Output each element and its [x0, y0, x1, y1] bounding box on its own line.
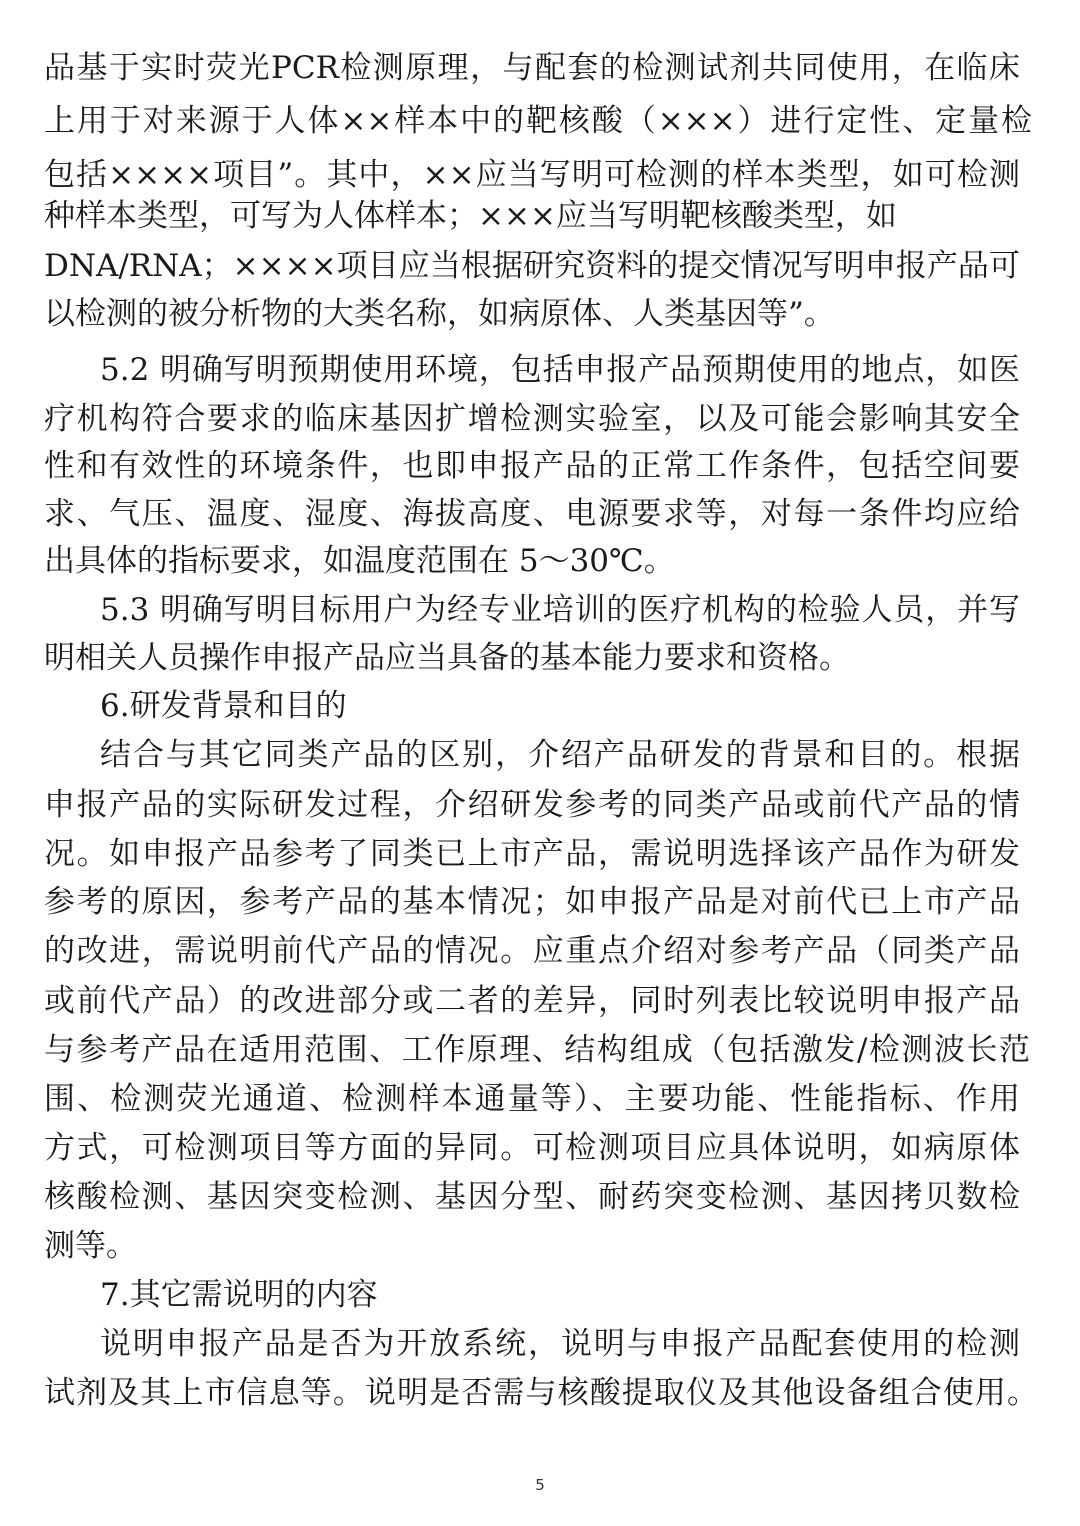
text-line: 上用于对来源于人体××样本中的靶核酸（×××）进行定性、定量检测，: [44, 101, 1032, 141]
text-line: 性和有效性的环境条件，也即申报产品的正常工作条件，包括空间要: [44, 446, 1020, 486]
text-line: 说明申报产品是否为开放系统，说明与申报产品配套使用的检测: [100, 1324, 1020, 1364]
section-5-2-line: 5.2 明确写明预期使用环境，包括申报产品预期使用的地点，如医: [100, 350, 1020, 390]
text-line: 核酸检测、基因突变检测、基因分型、耐药突变检测、基因拷贝数检: [44, 1177, 1020, 1217]
text-line: 出具体的指标要求，如温度范围在 5～30℃。: [44, 541, 675, 581]
text-line: 况。如申报产品参考了同类已上市产品，需说明选择该产品作为研发: [44, 834, 1020, 874]
text-line: DNA/RNA；××××项目应当根据研究资料的提交情况写明申报产品可: [44, 246, 1020, 286]
section-5-3-line: 5.3 明确写明目标用户为经专业培训的医疗机构的检验人员，并写: [100, 590, 1020, 630]
text-line: 的改进，需说明前代产品的情况。应重点介绍对参考产品（同类产品: [44, 931, 1020, 971]
text-line: 围、检测荧光通道、检测样本通量等）、主要功能、性能指标、作用: [44, 1079, 1020, 1119]
text-line: 与参考产品在适用范围、工作原理、结构组成（包括激发/检测波长范: [44, 1030, 1030, 1070]
text-line: 求、气压、温度、湿度、海拔高度、电源要求等，对每一条件均应给: [44, 494, 1020, 534]
text-line: 方式，可检测项目等方面的异同。可检测项目应具体说明，如病原体: [44, 1128, 1020, 1168]
text-line: 参考的原因，参考产品的基本情况；如申报产品是对前代已上市产品: [44, 882, 1020, 922]
text-line: 结合与其它同类产品的区别，介绍产品研发的背景和目的。根据: [100, 735, 1020, 775]
text-line: 申报产品的实际研发过程，介绍研发参考的同类产品或前代产品的情: [44, 785, 1020, 825]
text-line: 试剂及其上市信息等。说明是否需与核酸提取仪及其他设备组合使用。: [44, 1373, 1038, 1413]
text-line: 种样本类型，可写为人体样本；×××应当写明靶核酸类型，如: [44, 196, 897, 236]
text-line: 以检测的被分析物的大类名称，如病原体、人类基因等”。: [44, 294, 835, 334]
text-line: 品基于实时荧光PCR检测原理，与配套的检测试剂共同使用，在临床: [44, 48, 1020, 88]
document-page: 品基于实时荧光PCR检测原理，与配套的检测试剂共同使用，在临床 上用于对来源于人…: [0, 0, 1080, 1526]
text-line: 或前代产品）的改进部分或二者的差异，同时列表比较说明申报产品: [44, 981, 1020, 1021]
section-heading-7: 7.其它需说明的内容: [100, 1275, 378, 1315]
section-heading-6: 6.研发背景和目的: [100, 686, 347, 726]
page-number: 5: [0, 1476, 1080, 1494]
text-line: 疗机构符合要求的临床基因扩增检测实验室，以及可能会影响其安全: [44, 399, 1020, 439]
text-line: 包括××××项目”。其中，××应当写明可检测的样本类型，如可检测多: [44, 155, 1020, 195]
text-line: 明相关人员操作申报产品应当具备的基本能力要求和资格。: [44, 638, 850, 678]
text-line: 测等。: [44, 1226, 137, 1266]
